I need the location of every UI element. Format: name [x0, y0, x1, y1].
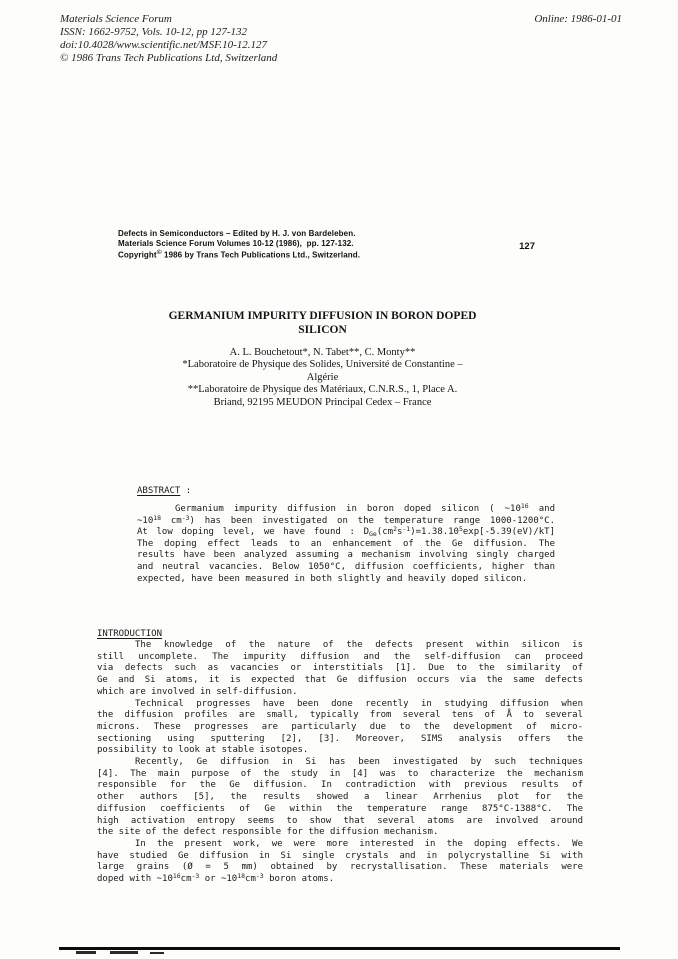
page-number: 127	[505, 241, 535, 252]
abstract-heading-colon: :	[180, 486, 191, 496]
scan-smudge	[150, 952, 164, 954]
text-line: results have been analyzed assuming a me…	[137, 550, 555, 562]
introduction-text: The knowledge of the nature of the defec…	[97, 640, 583, 886]
text-line: doi:10.4028/www.scientific.net/MSF.10-12…	[60, 39, 277, 52]
text-line: © 1986 Trans Tech Publications Ltd, Swit…	[60, 52, 277, 65]
page-bottom-scan-bar	[59, 947, 620, 950]
text-line: still uncomplete. The impurity diffusion…	[97, 652, 583, 664]
text-line: Technical progresses have been done rece…	[97, 699, 583, 711]
paper-page: Materials Science ForumISSN: 1662-9752, …	[0, 0, 678, 959]
text-line: [4]. The main purpose of the study in [4…	[97, 769, 583, 781]
introduction-heading-label: INTRODUCTION	[97, 629, 162, 639]
text-line: Briand, 92195 MEUDON Principal Cedex – F…	[90, 397, 555, 410]
abstract-heading: ABSTRACT :	[137, 486, 191, 496]
text-line: expected, have been measured in both sli…	[137, 574, 555, 586]
text-line: Copyright© 1986 by Trans Tech Publicatio…	[118, 248, 360, 260]
abstract-heading-label: ABSTRACT	[137, 486, 180, 496]
affiliation-block: *Laboratoire de Physique des Solides, Un…	[90, 359, 555, 409]
text-line: Materials Science Forum	[60, 13, 277, 26]
text-line: At low doping level, we have found : DGe…	[137, 527, 555, 539]
text-line: SILICON	[90, 323, 555, 337]
text-line: sectioning using sputtering [2], [3]. Mo…	[97, 734, 583, 746]
article-title: GERMANIUM IMPURITY DIFFUSION IN BORON DO…	[90, 309, 555, 337]
text-line: ~1018 cm-3) has been investigated on the…	[137, 516, 555, 528]
text-line: large grains (Ø = 5 mm) obtained by recr…	[97, 862, 583, 874]
authors-line: A. L. Bouchetout*, N. Tabet**, C. Monty*…	[90, 346, 555, 359]
text-line: *Laboratoire de Physique des Solides, Un…	[90, 359, 555, 372]
scan-smudge	[76, 951, 96, 954]
text-line: GERMANIUM IMPURITY DIFFUSION IN BORON DO…	[90, 309, 555, 323]
paragraph: The knowledge of the nature of the defec…	[97, 640, 583, 699]
citation-block: Defects in Semiconductors – Edited by H.…	[118, 229, 360, 260]
text-line: Materials Science Forum Volumes 10-12 (1…	[118, 239, 360, 249]
text-line: the site of the defect responsible for t…	[97, 827, 583, 839]
text-line: and neutral vacancies. Below 1050°C, dif…	[137, 562, 555, 574]
paragraph: Germanium impurity diffusion in boron do…	[137, 504, 555, 585]
text-line: The doping effect leads to an enhancemen…	[137, 539, 555, 551]
text-line: Recently, Ge diffusion in Si has been in…	[97, 757, 583, 769]
text-line: high activation entropy seems to show th…	[97, 816, 583, 828]
text-line: Defects in Semiconductors – Edited by H.…	[118, 229, 360, 239]
introduction-heading: INTRODUCTION	[97, 629, 162, 639]
paragraph: In the present work, we were more intere…	[97, 839, 583, 886]
scan-smudge	[110, 951, 138, 954]
text-line: via defects such as vacancies or interst…	[97, 663, 583, 675]
journal-header-block: Materials Science ForumISSN: 1662-9752, …	[60, 13, 277, 65]
paragraph: Technical progresses have been done rece…	[97, 699, 583, 758]
text-line: ISSN: 1662-9752, Vols. 10-12, pp 127-132	[60, 26, 277, 39]
text-line: **Laboratoire de Physique des Matériaux,…	[90, 384, 555, 397]
text-line: Ge and Si atoms, it is expected that Ge …	[97, 675, 583, 687]
text-line: other authors [5], the results showed a …	[97, 792, 583, 804]
text-line: In the present work, we were more intere…	[97, 839, 583, 851]
paragraph: Recently, Ge diffusion in Si has been in…	[97, 757, 583, 839]
text-line: possibility to look at stable isotopes.	[97, 745, 583, 757]
text-line: diffusion coefficients of Ge within the …	[97, 804, 583, 816]
text-line: which are involved in self-diffusion.	[97, 687, 583, 699]
text-line: Germanium impurity diffusion in boron do…	[137, 504, 555, 516]
abstract-text: Germanium impurity diffusion in boron do…	[137, 504, 555, 585]
text-line: The knowledge of the nature of the defec…	[97, 640, 583, 652]
text-line: doped with ~1016cm-3 or ~1018cm-3 boron …	[97, 874, 583, 886]
text-line: have studied Ge diffusion in Si single c…	[97, 851, 583, 863]
text-line: microns. These progresses are particular…	[97, 722, 583, 734]
online-date: Online: 1986-01-01	[418, 13, 622, 26]
text-line: Algérie	[90, 372, 555, 385]
text-line: responsible for the Ge diffusion. In con…	[97, 780, 583, 792]
text-line: the diffusion profiles are small, typica…	[97, 710, 583, 722]
